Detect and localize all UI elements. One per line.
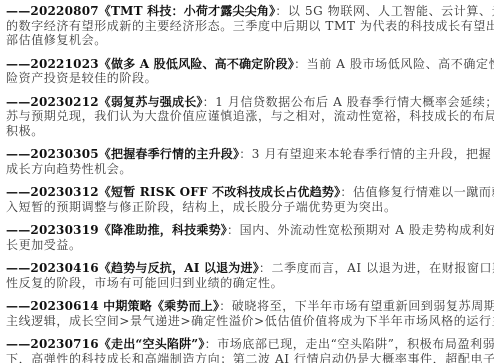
entry-text: 长更加受益。 (6, 238, 494, 253)
entry-title: ——20221023《做多 A 股低风险、高不确定阶段》 (6, 57, 294, 71)
entry-20230614: ——20230614 中期策略《乘势而上》：破晓将至，下半年市场有望重新回到弱复… (6, 299, 494, 328)
entry-text: ：国内、外流动性宽松预期对 A 股走势构成利好，科技成 (227, 223, 494, 237)
entry-20220807: ——20220807《TMT 科技：小荷才露尖尖角》：以 5G 物联网、人工智能… (6, 4, 494, 48)
entry-title: ——20230416《趋势与反抗，AI 以退为进》 (6, 261, 259, 275)
entry-title: ——20230614 中期策略《乘势而上》 (6, 299, 219, 313)
entry-text: ：1 月信贷数据公布后 A 股春季行情大概率会延续；考虑到弱复 (203, 95, 494, 109)
entry-title: ——20220807《TMT 科技：小荷才露尖尖角》 (6, 4, 275, 18)
entry-20230416: ——20230416《趋势与反抗，AI 以退为进》：二季度而言，AI 以退为进，… (6, 261, 494, 290)
entry-text: ：估值修复行情难以一蹴而就，A 股进 (340, 185, 494, 199)
entry-text: 成长方向趋势性机会。 (6, 162, 494, 177)
entry-title: ——20230319《降准助推，科技乘势》 (6, 223, 227, 237)
entry-text: 积极。 (6, 124, 494, 139)
entry-text: 下，高弹性的科技成长和高端制造方向；第二波 AI 行情启动仍是大概率事件，超配电… (6, 352, 494, 363)
entry-20230305: ——20230305《把握春季行情的主升段》：3 月有望迎来本轮春季行情的主升段… (6, 147, 494, 176)
entry-text: 入短暂的预期调整与修正阶段，结构上，成长股分子端优势更为突出。 (6, 200, 494, 215)
entry-text: 主线逻辑，成长空间>景气递进>确定性溢价>低估值价值将成为下半年市场风格的运行主… (6, 314, 494, 329)
entry-title: ——20230212《弱复苏与强成长》 (6, 95, 203, 109)
entry-text: ：市场底部已现，走出“空头陷阱”，积极布局盈利弱修复 (205, 337, 494, 351)
entry-text: 险资产投资是较佳的阶段。 (6, 71, 494, 86)
entry-title: ——20230716《走出“空头陷阱”》 (6, 337, 205, 351)
entry-text: ：当前 A 股市场低风险、高不确定性，对于风 (294, 57, 494, 71)
entry-text: ：二季度而言，AI 以退为进，在财报窗口期以及流动 (259, 261, 494, 275)
entry-text: ：3 月有望迎来本轮春季行情的主升段，把握 TMT 科技 (239, 147, 494, 161)
entry-title: ——20230312《短暂 RISK OFF 不改科技成长占优趋势》 (6, 185, 340, 199)
entry-title: ——20230305《把握春季行情的主升段》 (6, 147, 239, 161)
entry-20230312: ——20230312《短暂 RISK OFF 不改科技成长占优趋势》：估值修复行… (6, 185, 494, 214)
report-excerpt: ——20220807《TMT 科技：小荷才露尖尖角》：以 5G 物联网、人工智能… (0, 0, 500, 363)
entry-text: 的数字经济有望形成新的主要经济形态。三季度中后期以 TMT 为代表的科技成长有望… (6, 19, 494, 34)
entry-text: 性反复的阶段，市场有可能回归到业绩的确定性。 (6, 276, 494, 291)
entry-20230319: ——20230319《降准助推，科技乘势》：国内、外流动性宽松预期对 A 股走势… (6, 223, 494, 252)
entry-text: ：以 5G 物联网、人工智能、云计算、元宇宙等代表 (275, 4, 494, 18)
entry-20230716: ——20230716《走出“空头陷阱”》：市场底部已现，走出“空头陷阱”，积极布… (6, 337, 494, 363)
entry-text: 部估值修复机会。 (6, 33, 494, 48)
entry-20230212: ——20230212《弱复苏与强成长》：1 月信贷数据公布后 A 股春季行情大概… (6, 95, 494, 139)
entry-text: 苏与预期兑现，我们认为大盘价值应谨慎追涨，与之相对，流动性宽裕，科技成长的布局或… (6, 109, 494, 124)
entry-text: ：破晓将至，下半年市场有望重新回到弱复苏周期下的成长 (219, 299, 494, 313)
entry-20221023: ——20221023《做多 A 股低风险、高不确定阶段》：当前 A 股市场低风险… (6, 57, 494, 86)
